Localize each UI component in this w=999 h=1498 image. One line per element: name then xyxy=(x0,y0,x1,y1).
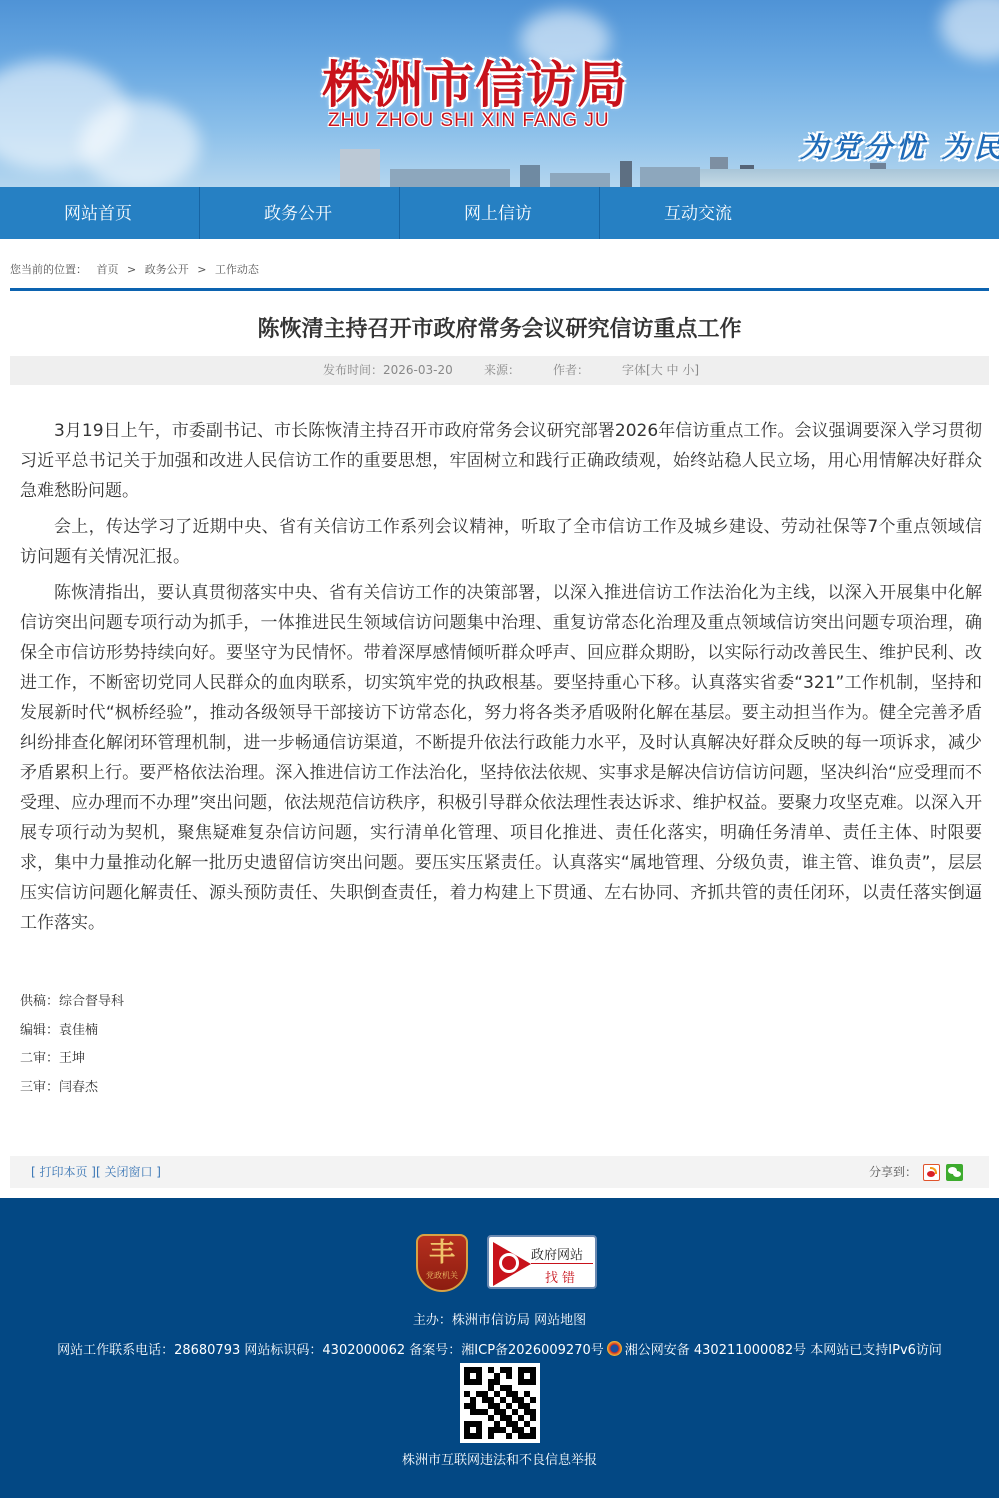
site-code-label: 网站标识码： xyxy=(244,1343,322,1358)
illegal-content-report-link[interactable]: 株洲市互联网违法和不良信息举报 xyxy=(0,1449,999,1468)
site-banner: 株洲市信访局 ZHU ZHOU SHI XIN FANG JU 为党分忧 为民解 xyxy=(0,0,999,187)
article-meta-bar: 发布时间：2026-03-20 来源： 作者： 字体[大 中 小] xyxy=(10,356,989,385)
gov-badge-line2: 找错 xyxy=(545,1267,579,1286)
police-record-link[interactable]: 湘公网安备 430211000082号 xyxy=(625,1343,806,1358)
author-field: 作者： xyxy=(553,356,589,385)
site-code: 4302000062 xyxy=(322,1343,405,1358)
site-subtitle: ZHU ZHOU SHI XIN FANG JU xyxy=(328,110,610,132)
share-label: 分享到： xyxy=(869,1156,917,1188)
close-window-link[interactable]: [ 关闭窗口 ] xyxy=(96,1165,161,1179)
police-badge-icon xyxy=(607,1341,622,1356)
credit-value: 王坤 xyxy=(59,1051,85,1066)
credit-value: 袁佳楠 xyxy=(59,1023,98,1038)
publish-date: 2026-03-20 xyxy=(383,363,453,377)
credit-third-review: 三审：闫春杰 xyxy=(20,1078,124,1107)
icp-label: 备案号： xyxy=(409,1343,461,1358)
gov-site-error-report-badge[interactable]: 政府网站 找错 xyxy=(487,1235,597,1289)
contact-phone: 28680793 xyxy=(174,1343,240,1358)
site-footer: 丰 党政机关 政府网站 找错 主办：株洲市信访局 网站地图 网站工作联系电话：2… xyxy=(0,1198,999,1498)
author-label: 作者： xyxy=(553,363,589,377)
breadcrumb-separator: > xyxy=(197,263,206,276)
credit-editor: 编辑：袁佳楠 xyxy=(20,1021,124,1050)
source-label: 来源： xyxy=(484,363,520,377)
wechat-share-icon[interactable] xyxy=(946,1164,963,1181)
credit-contributor: 供稿：综合督导科 xyxy=(20,992,124,1021)
ipv6-notice: 本网站已支持IPv6访问 xyxy=(810,1343,942,1358)
credit-label: 二审： xyxy=(20,1051,59,1066)
publish-date-field: 发布时间：2026-03-20 xyxy=(323,356,453,385)
party-emblem-icon: 丰 xyxy=(418,1236,466,1270)
breadcrumb: 您当前的位置： 首页 > 政务公开 > 工作动态 xyxy=(10,261,259,277)
host-name: 株洲市信访局 xyxy=(452,1313,530,1328)
font-medium-button[interactable]: 中 xyxy=(667,363,679,377)
party-government-badge[interactable]: 丰 党政机关 xyxy=(416,1234,468,1292)
credit-value: 闫春杰 xyxy=(59,1080,98,1095)
icp-link[interactable]: 湘ICP备2026009270号 xyxy=(461,1343,603,1358)
cloud-decoration xyxy=(80,100,200,187)
nav-item-online-petition[interactable]: 网上信访 xyxy=(400,187,600,239)
breadcrumb-home[interactable]: 首页 xyxy=(97,263,119,276)
credit-value: 综合督导科 xyxy=(59,994,124,1009)
credit-label: 编辑： xyxy=(20,1023,59,1038)
cloud-decoration xyxy=(940,0,999,60)
credit-second-review: 二审：王坤 xyxy=(20,1049,124,1078)
article-title: 陈恢清主持召开市政府常务会议研究信访重点工作 xyxy=(0,312,999,343)
sitemap-link[interactable]: 网站地图 xyxy=(534,1313,586,1328)
font-large-button[interactable]: 大 xyxy=(651,363,663,377)
breadcrumb-government-affairs[interactable]: 政务公开 xyxy=(145,263,189,276)
footer-contact-line: 网站工作联系电话：28680793 网站标识码：4302000062 备案号：湘… xyxy=(0,1339,999,1358)
breadcrumb-prefix: 您当前的位置： xyxy=(10,263,87,276)
article-paragraph: 3月19日上午，市委副书记、市长陈恢清主持召开市政府常务会议研究部署2026年信… xyxy=(20,416,982,506)
site-slogan: 为党分忧 为民解 xyxy=(800,126,999,166)
font-small-button[interactable]: 小 xyxy=(682,363,694,377)
font-size-switcher: 字体[大 中 小] xyxy=(622,356,699,385)
magnifier-icon xyxy=(499,1253,519,1273)
breadcrumb-divider xyxy=(10,288,989,291)
nav-item-interaction[interactable]: 互动交流 xyxy=(600,187,800,239)
credit-label: 供稿： xyxy=(20,994,59,1009)
article-toolbar: [ 打印本页 ][ 关闭窗口 ] 分享到： xyxy=(10,1156,989,1188)
source-field: 来源： xyxy=(484,356,520,385)
site-title: 株洲市信访局 xyxy=(322,45,628,117)
gov-badge-line1: 政府网站 xyxy=(531,1244,583,1263)
breadcrumb-separator: > xyxy=(127,263,136,276)
gov-badge-divider xyxy=(531,1263,593,1264)
nav-item-home[interactable]: 网站首页 xyxy=(0,187,200,239)
article-body: 3月19日上午，市委副书记、市长陈恢清主持召开市政府常务会议研究部署2026年信… xyxy=(20,416,982,944)
article-credits: 供稿：综合督导科 编辑：袁佳楠 二审：王坤 三审：闫春杰 xyxy=(20,992,124,1106)
font-size-bracket: ] xyxy=(694,363,699,377)
article-paragraph: 会上，传达学习了近期中央、省有关信访工作系列会议精神，听取了全市信访工作及城乡建… xyxy=(20,512,982,572)
qr-code xyxy=(460,1363,540,1443)
river-decoration xyxy=(700,169,999,187)
nav-item-government-affairs[interactable]: 政务公开 xyxy=(200,187,400,239)
main-nav: 网站首页 政务公开 网上信访 互动交流 xyxy=(0,187,999,239)
credit-label: 三审： xyxy=(20,1080,59,1095)
party-badge-label: 党政机关 xyxy=(418,1270,466,1281)
host-label: 主办： xyxy=(413,1313,452,1328)
breadcrumb-work-news[interactable]: 工作动态 xyxy=(215,263,259,276)
share-bar: 分享到： xyxy=(869,1156,963,1188)
contact-label: 网站工作联系电话： xyxy=(57,1343,174,1358)
footer-host-line: 主办：株洲市信访局 网站地图 xyxy=(0,1309,999,1328)
qr-code-pattern xyxy=(464,1367,536,1439)
publish-label: 发布时间： xyxy=(323,363,383,377)
weibo-share-icon[interactable] xyxy=(923,1164,940,1181)
font-size-label: 字体[ xyxy=(622,363,651,377)
page-actions: [ 打印本页 ][ 关闭窗口 ] xyxy=(31,1156,161,1188)
article-paragraph: 陈恢清指出，要认真贯彻落实中央、省有关信访工作的决策部署，以深入推进信访工作法治… xyxy=(20,578,982,938)
print-page-link[interactable]: [ 打印本页 ] xyxy=(31,1165,96,1179)
